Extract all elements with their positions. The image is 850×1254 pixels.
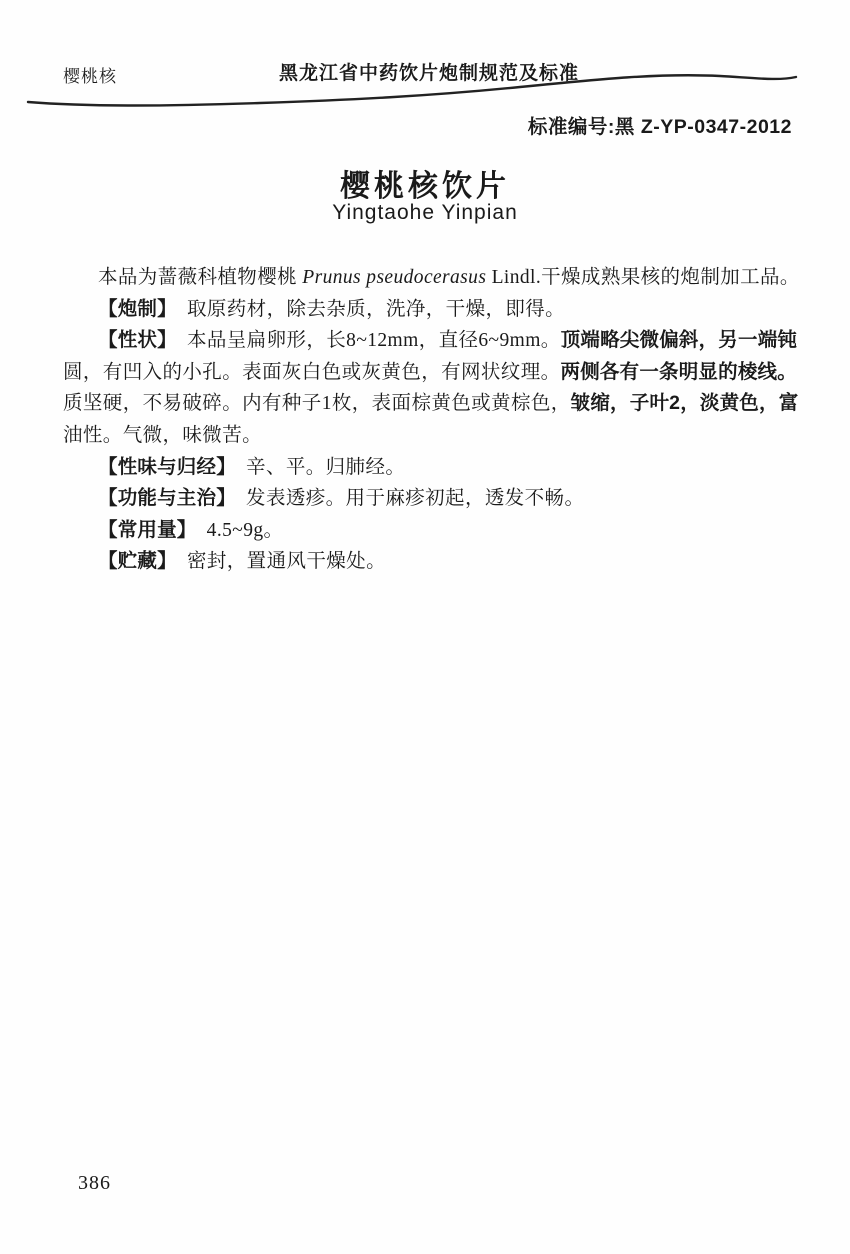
body-segment: Prunus pseudocerasus	[302, 267, 486, 288]
page-number: 386	[78, 1172, 111, 1195]
body-line: 油性。气微，味微苦。	[63, 420, 793, 452]
body-segment: 【功能与主治】	[98, 487, 226, 509]
body-segment: 两侧各有一条明显的棱线。	[561, 361, 797, 383]
body-segment: 【性状】	[98, 329, 167, 351]
body-line: 本品为蔷薇科植物樱桃 Prunus pseudocerasus Lindl.干燥…	[63, 262, 793, 294]
body-segment: 质坚硬，不易破碎。内有种子1枚，表面棕黄色或黄棕色，	[63, 393, 571, 414]
body-segment: 本品为蔷薇科植物樱桃	[98, 267, 302, 288]
body-segment: 【性味与归经】	[98, 456, 226, 478]
body-line: 【性味与归经】 辛、平。归肺经。	[63, 452, 793, 484]
body-line: 【功能与主治】 发表透疹。用于麻疹初起，透发不畅。	[63, 483, 793, 515]
body-segment: 圆，有凹入的小孔。表面灰白色或灰黄色，有网状纹理。	[63, 362, 561, 383]
body-segment: 发表透疹。用于麻疹初起，透发不畅。	[226, 488, 584, 509]
body-segment: 油性。气微，味微苦。	[63, 425, 262, 446]
body-line: 【贮藏】 密封，置通风干燥处。	[63, 546, 793, 578]
body-segment: 本品呈扁卵形，长8~12mm，直径6~9mm。	[167, 330, 561, 351]
body-line: 圆，有凹入的小孔。表面灰白色或灰黄色，有网状纹理。两侧各有一条明显的棱线。	[63, 357, 793, 389]
body-segment: 辛、平。归肺经。	[226, 457, 405, 478]
body-segment: Lindl.	[486, 267, 541, 288]
body-line: 【性状】 本品呈扁卵形，长8~12mm，直径6~9mm。顶端略尖微偏斜，另一端钝	[63, 325, 793, 357]
body-segment: 干燥成熟果核的炮制加工品。	[541, 267, 800, 288]
body-text: 本品为蔷薇科植物樱桃 Prunus pseudocerasus Lindl.干燥…	[63, 262, 793, 578]
body-segment: 【炮制】	[98, 298, 167, 320]
body-line: 质坚硬，不易破碎。内有种子1枚，表面棕黄色或黄棕色，皱缩，子叶2，淡黄色，富	[63, 388, 793, 420]
body-segment: 取原药材，除去杂质，洗净，干燥，即得。	[167, 299, 565, 320]
header-drug-name: 樱桃核	[63, 62, 117, 87]
body-segment: 【贮藏】	[98, 550, 167, 572]
body-segment: 【常用量】	[98, 519, 187, 541]
body-segment: 顶端略尖微偏斜，另一端钝	[561, 329, 797, 351]
body-line: 【常用量】 4.5~9g。	[63, 515, 793, 547]
header-book-title: 黑龙江省中药饮片炮制规范及标准	[279, 58, 579, 85]
body-line: 【炮制】 取原药材，除去杂质，洗净，干燥，即得。	[63, 294, 793, 326]
body-segment: 4.5~9g。	[187, 520, 284, 541]
body-segment: 皱缩，子叶2，淡黄色，富	[571, 392, 799, 414]
document-page: 樱桃核 黑龙江省中药饮片炮制规范及标准 标准编号:黑 Z-YP-0347-201…	[0, 0, 850, 1254]
standard-number: 标准编号:黑 Z-YP-0347-2012	[528, 111, 792, 139]
page-subtitle-pinyin: Yingtaohe Yinpian	[0, 201, 850, 225]
page-title: 樱桃核饮片	[0, 161, 850, 205]
body-segment: 密封，置通风干燥处。	[167, 551, 386, 572]
